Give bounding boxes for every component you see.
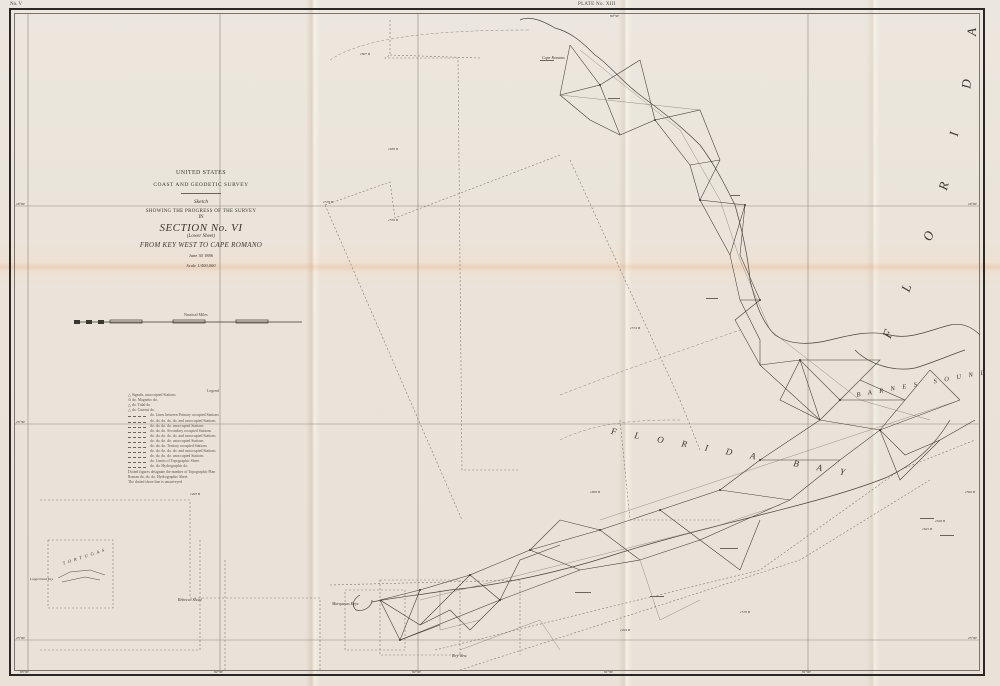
sheet-number: 1625 B [922,527,932,531]
sheet-number: 1836 B [388,147,398,151]
line-swatch [128,434,146,438]
lon-label: 81°30′ [604,670,613,674]
label-cape-romano: Cape Romano [542,55,565,60]
station-markers [399,84,881,641]
title-cartouche: UNITED STATES COAST AND GEODETIC SURVEY … [118,170,284,268]
sheet-number: 1550 B [388,218,398,222]
agency-line-1: UNITED STATES [118,170,284,176]
sheet-number: 1807 B [360,52,370,56]
sheet-number: 1578 B [323,200,333,204]
lon-label: 82°00′ [412,670,421,674]
graticule [15,14,980,670]
line-swatch [128,429,146,433]
title-section: SECTION No. VI [118,222,284,234]
line-swatch [128,413,146,417]
dotted-offshore-lines [330,30,740,440]
legend: Legend △ Signals, unoccupied Stations ⊙ … [128,388,298,485]
title-extent: FROM KEY WEST TO CAPE ROMANO [118,241,284,249]
agency-line-2: COAST AND GEODETIC SURVEY [118,182,284,188]
lat-label: 25°00′ [16,636,25,640]
sheet-number: 1574 B [630,326,640,330]
lon-label: 83°00′ [20,670,29,674]
line-swatch [128,424,146,428]
lat-label: 26°00′ [968,202,977,206]
line-swatch [128,444,146,448]
label-florida-d: D [958,79,975,90]
lat-label: 25°30′ [16,420,25,424]
label-marquesas: Marquesas Keys [332,601,358,606]
title-in: IN [118,215,284,220]
sheet-number: 1494 B [620,628,630,632]
line-swatch [128,449,146,453]
sheet-number: 1800 B [590,490,600,494]
sheet-limits [40,20,975,670]
legend-row: The dotted shore line is unsurveyed [128,480,298,485]
lat-label: 26°00′ [16,202,25,206]
scale-bar-label: Nautical Miles [184,312,208,317]
lon-label: 81°00′ [802,670,811,674]
line-swatch [128,464,146,468]
placename-marks [540,60,954,597]
sheet-number: 1618 B [935,519,945,523]
title-sheet: (Lower Sheet) [118,234,284,239]
sheet-number: 1570 B [740,610,750,614]
title-scale: Scale 1/400,000 [118,263,284,268]
line-swatch [128,454,146,458]
lon-label: 80°30′ [610,14,619,18]
label-loggerhead: Loggerhead Key [30,577,53,581]
scale-bar: Nautical Miles [72,318,304,326]
label-rebecca-shoal: Rebecca Shoal [178,597,202,602]
line-swatch [128,439,146,443]
line-swatch [128,419,146,423]
survey-map-graphic [0,0,1000,686]
label-key-west: Key West [452,653,467,658]
tortugas-keys [58,570,105,582]
lat-label: 25°00′ [968,636,977,640]
coastline [353,18,980,610]
secondary-lines [420,50,960,650]
title-subtitle: SHOWING THE PROGRESS OF THE SURVEY [118,209,284,214]
title-rule [181,193,221,194]
label-florida-a: A [964,28,980,36]
title-date: June 30 1886 [118,253,284,258]
line-swatch [128,459,146,463]
lon-label: 82°30′ [214,670,223,674]
triangulation-network [380,45,975,640]
sheet-number: 1566 B [965,490,975,494]
sheet-number: 1493 B [190,492,200,496]
title-sketch: Sketch [118,199,284,205]
